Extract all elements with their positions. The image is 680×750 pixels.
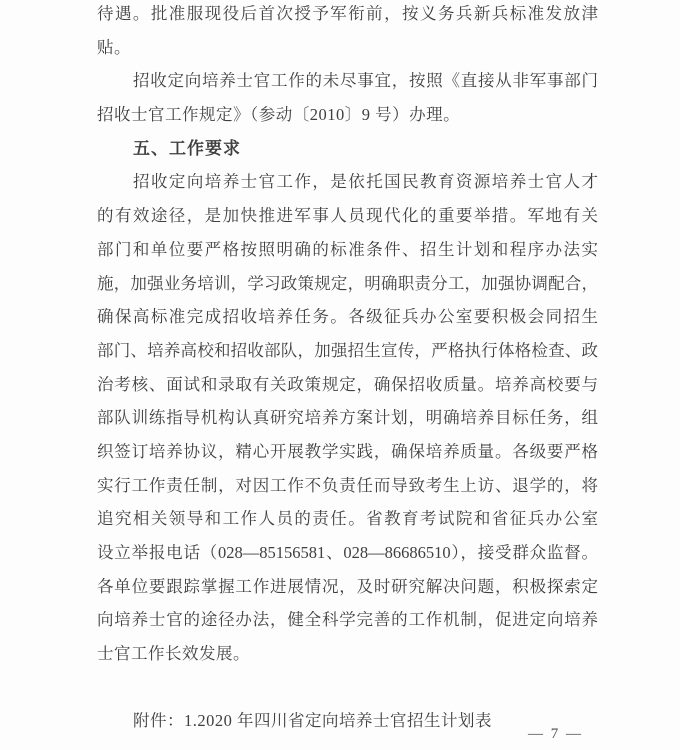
text-line: 向培养士官的途径办法，健全科学完善的工作机制，促进定向培养 [97, 603, 598, 637]
text-line: 招收定向培养士官工作，是依托国民教育资源培养士官人才 [97, 165, 598, 199]
text-line: 士官工作长效发展。 [97, 637, 598, 671]
text-line: 确保高标准完成招收培养任务。各级征兵办公室要积极会同招生 [97, 300, 598, 334]
document-page: 待遇。批准服现役后首次授予军衔前，按义务兵新兵标准发放津贴。招收定向培养士官工作… [0, 0, 680, 750]
text-line: 招收定向培养士官工作的未尽事宜，按照《直接从非军事部门 [97, 64, 598, 98]
text-line: 招收士官工作规定》（参动〔2010〕9 号）办理。 [97, 98, 598, 132]
text-line: 追究相关领导和工作人员的责任。省教育考试院和省征兵办公室 [97, 502, 598, 536]
section-heading: 五、工作要求 [97, 132, 598, 166]
text-line: 实行工作责任制，对因工作不负责任而导致考生上访、退学的，将 [97, 469, 598, 503]
text-line: 施，加强业务培训，学习政策规定，明确职责分工，加强协调配合， [97, 267, 598, 301]
text-line: 织签订培养协议，精心开展教学实践，确保培养质量。各级要严格 [97, 435, 598, 469]
document-lines: 待遇。批准服现役后首次授予军衔前，按义务兵新兵标准发放津贴。招收定向培养士官工作… [97, 0, 598, 738]
text-line: 待遇。批准服现役后首次授予军衔前，按义务兵新兵标准发放津 [97, 0, 598, 31]
text-line: 贴。 [97, 31, 598, 65]
text-line: 设立举报电话（028—85156581、028—86686510），接受群众监督… [97, 536, 598, 570]
text-line: 部队训练指导机构认真研究培养方案计划，明确培养目标任务，组 [97, 401, 598, 435]
text-line: 的有效途径，是加快推进军事人员现代化的重要举措。军地有关 [97, 199, 598, 233]
text-line: 治考核、面试和录取有关政策规定，确保招收质量。培养高校要与 [97, 368, 598, 402]
text-line: 各单位要跟踪掌握工作进展情况，及时研究解决问题，积极探索定 [97, 570, 598, 604]
text-line: 部门和单位要严格按照明确的标准条件、招生计划和程序办法实 [97, 233, 598, 267]
text-line [97, 671, 598, 705]
page-number: — 7 — [528, 726, 583, 743]
attachment-line: 附件：1.2020 年四川省定向培养士官招生计划表 [97, 704, 598, 738]
text-line: 部门、培养高校和招收部队，加强招生宣传，严格执行体格检查、政 [97, 334, 598, 368]
